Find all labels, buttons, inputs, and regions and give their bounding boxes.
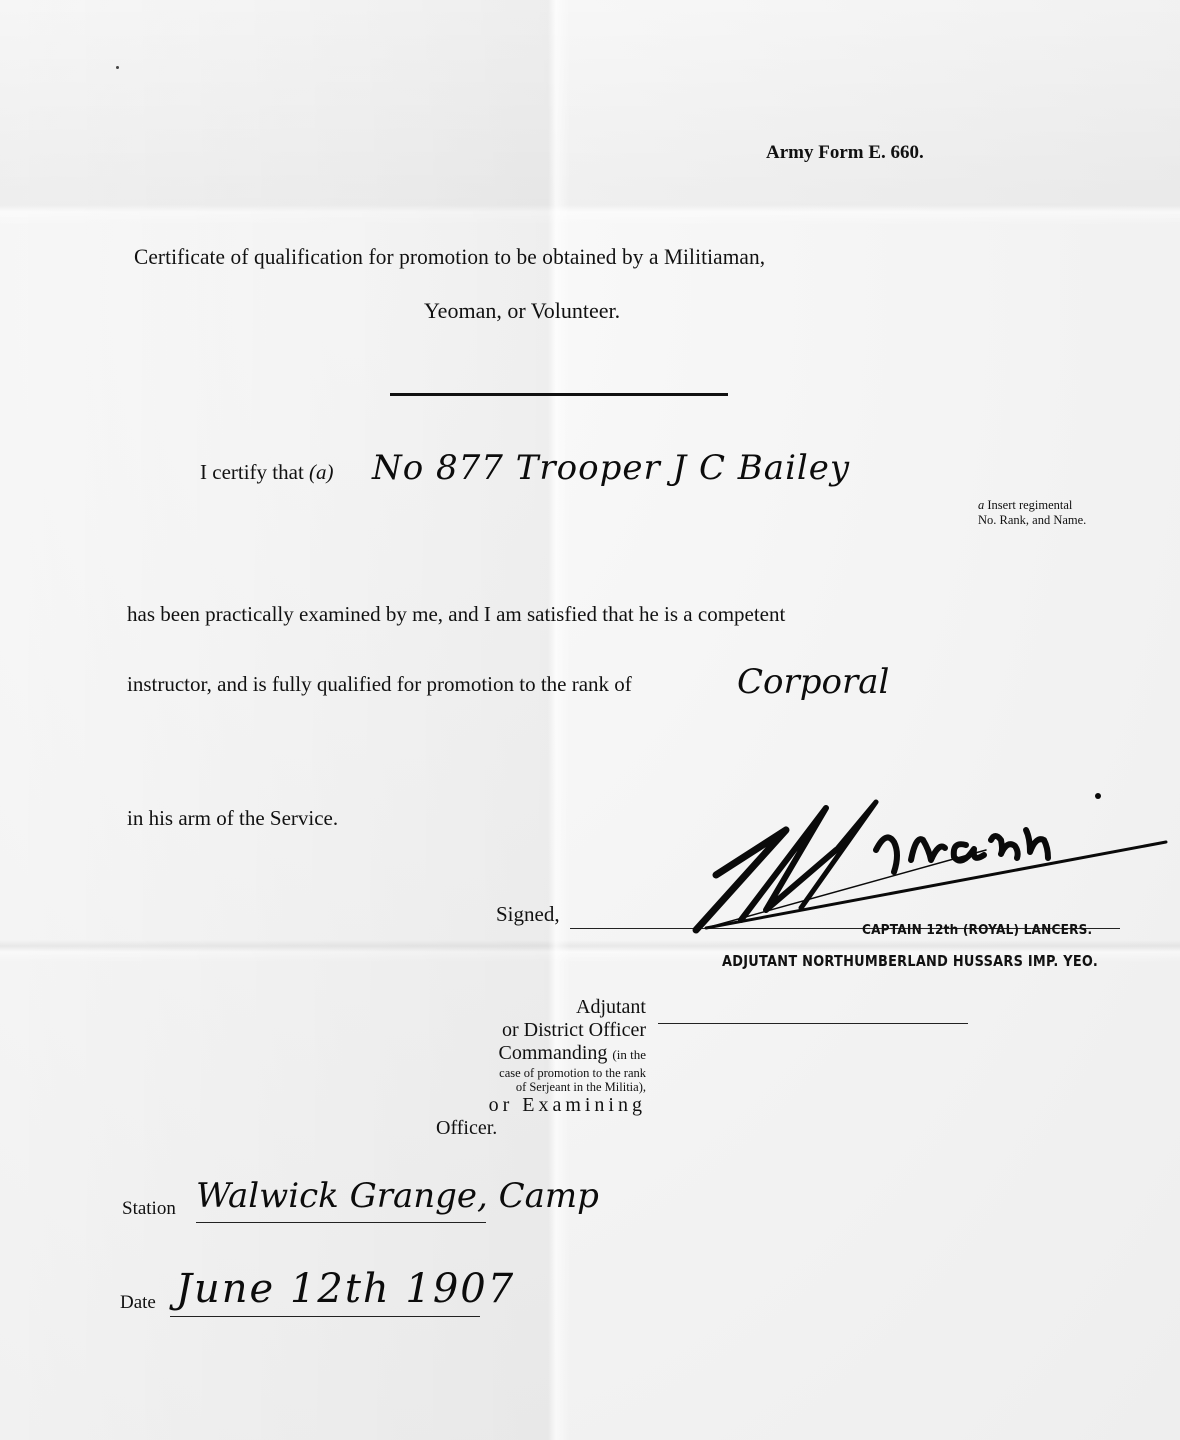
station-line (196, 1222, 486, 1223)
date-line (170, 1316, 480, 1317)
certify-prefix: I certify that (200, 460, 304, 484)
officer-line-examining: or Examining (436, 1094, 646, 1117)
handwritten-date: June 12th 1907 (176, 1266, 515, 1312)
ink-speck (116, 66, 119, 69)
body-line-2: instructor, and is fully qualified for p… (127, 672, 632, 697)
signature-icon (686, 790, 1176, 940)
margin-note: a Insert regimental No. Rank, and Name. (978, 498, 1088, 528)
title-divider (390, 393, 728, 396)
margin-note-text: Insert regimental No. Rank, and Name. (978, 498, 1086, 527)
handwritten-rank: Corporal (737, 662, 889, 702)
officer-line-officer: Officer. (436, 1117, 646, 1140)
officer-stamp-rank: CAPTAIN 12th (ROYAL) LANCERS. (862, 922, 1092, 938)
commanding-word: Commanding (499, 1042, 608, 1064)
certificate-title-line2: Yeoman, or Volunteer. (424, 298, 620, 324)
officer-line-district: or District Officer (436, 1019, 646, 1042)
officer-designation: Adjutant or District Officer Commanding … (436, 996, 646, 1140)
officer-line-commanding: Commanding (in the (436, 1042, 646, 1066)
certificate-title-line1: Certificate of qualification for promoti… (134, 244, 765, 270)
form-number: Army Form E. 660. (766, 142, 924, 164)
document-page (0, 0, 1180, 1440)
certify-ref: (a) (309, 460, 334, 484)
officer-signature-line (658, 1023, 968, 1024)
officer-stamp-unit: ADJUTANT NORTHUMBERLAND HUSSARS IMP. YEO… (722, 952, 1098, 970)
officer-line-adjutant: Adjutant (436, 996, 646, 1019)
body-line-1: has been practically examined by me, and… (127, 602, 785, 627)
officer-note-line1: case of promotion to the rank (436, 1066, 646, 1080)
signed-label: Signed, (496, 902, 560, 927)
handwritten-station: Walwick Grange, Camp (196, 1176, 599, 1216)
officer-note-line2: of Serjeant in the Militia), (436, 1080, 646, 1094)
station-label: Station (122, 1198, 176, 1220)
certify-statement: I certify that (a) (200, 460, 334, 485)
body-line-3: in his arm of the Service. (127, 806, 338, 831)
margin-note-ref: a (978, 498, 984, 512)
commanding-note: (in the (612, 1047, 646, 1062)
date-label: Date (120, 1292, 156, 1314)
handwritten-name: No 877 Trooper J C Bailey (372, 448, 850, 488)
